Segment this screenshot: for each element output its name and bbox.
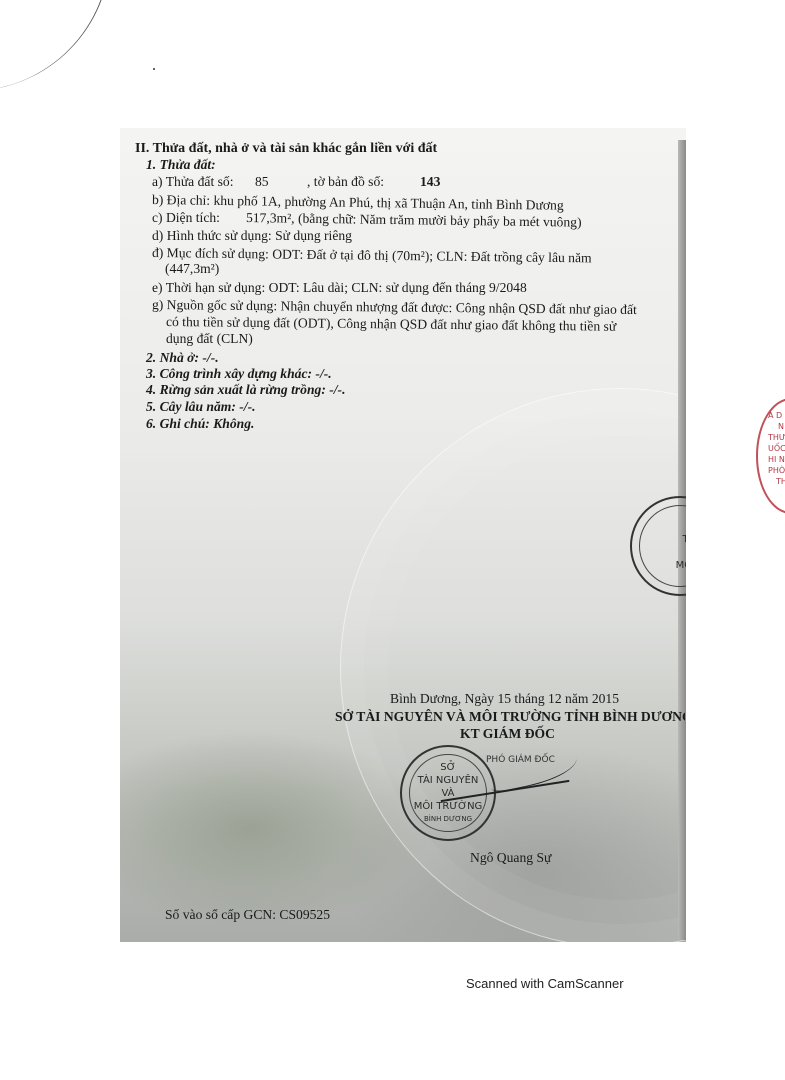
item-production-forest: 4. Rừng sản xuất là rừng trồng: -/-. (146, 382, 345, 398)
red-stamp-text: PHÒN (768, 465, 785, 476)
side-seal: SỞ TÀI VÀ MÔI T (630, 496, 730, 596)
scan-speck (153, 68, 155, 70)
side-seal-text: TÀI (682, 533, 697, 546)
usage-form: d) Hình thức sử dụng: Sử dụng riêng (152, 228, 352, 244)
usage-term: e) Thời hạn sử dụng: ODT: Lâu dài; CLN: … (152, 280, 527, 296)
item-perennial-trees: 5. Cây lâu năm: -/-. (146, 399, 256, 415)
red-stamp-text: THƯƠN (768, 432, 785, 443)
side-seal-text: VÀ (688, 546, 701, 559)
page-corner-shadow (0, 0, 109, 109)
usage-purpose-line2: (447,3m²) (165, 261, 219, 277)
seal-text: SỞ (440, 761, 455, 774)
signer-name: Ngô Quang Sự (470, 850, 551, 866)
registry-number: Số vào sổ cấp GCN: CS09525 (165, 907, 330, 923)
signer-title: KT GIÁM ĐỐC (460, 726, 555, 742)
area-label: c) Diện tích: (152, 210, 220, 226)
item-house: 2. Nhà ở: -/-. (146, 350, 219, 366)
red-stamp-text: UỐC (768, 443, 785, 454)
agency-name: SỞ TÀI NGUYÊN VÀ MÔI TRƯỜNG TỈNH BÌNH DƯ… (335, 709, 685, 725)
scanner-watermark: Scanned with CamScanner (466, 976, 624, 991)
date-line: Bình Dương, Ngày 15 tháng 12 năm 2015 (390, 691, 619, 707)
red-stamp-text: A D (768, 410, 785, 421)
section-title: II. Thửa đất, nhà ở và tài sản khác gắn … (135, 141, 437, 157)
item-other-construction: 3. Công trình xây dựng khác: -/-. (146, 366, 332, 382)
red-stamp: A D N THƯƠN UỐC HI NH PHÒN TH (756, 398, 785, 514)
parcel-label: a) Thửa đất số: (152, 174, 233, 190)
side-seal-text: MÔI T (676, 559, 705, 572)
map-sheet-number: 143 (420, 174, 440, 190)
red-stamp-text: N (768, 421, 785, 432)
seal-text: TÀI NGUYÊN (418, 774, 479, 787)
side-seal-text: SỞ (687, 520, 702, 533)
red-stamp-text: TH (768, 476, 785, 487)
map-sheet-label: , tờ bản đồ số: (307, 174, 384, 190)
red-stamp-text: HI NH (768, 454, 785, 465)
seal-text: BÌNH DƯƠNG (424, 813, 472, 826)
parcel-number: 85 (255, 174, 269, 190)
item-notes: 6. Ghi chú: Không. (146, 416, 254, 432)
seal-text: MÔI TRƯỜNG (414, 800, 483, 813)
origin-line3: dụng đất (CLN) (166, 331, 253, 347)
land-heading: 1. Thửa đất: (146, 157, 216, 173)
